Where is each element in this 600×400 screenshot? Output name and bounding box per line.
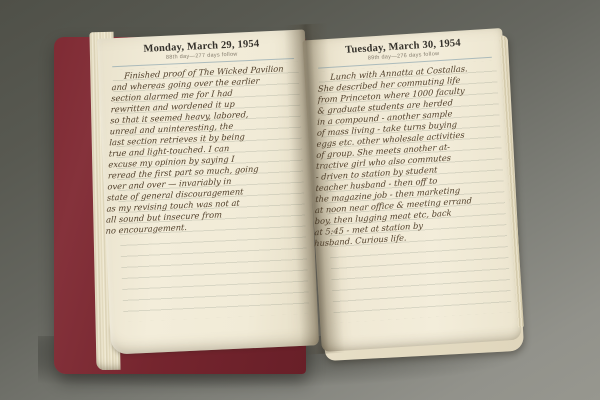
right-page-ruled-area: Lunch with Annatta at Costallas. She des…: [318, 60, 511, 323]
left-page-ruled-area: Finished proof of The Wicked Pavilion an…: [112, 62, 309, 322]
left-page: Monday, March 29, 1954 88th day—277 days…: [97, 29, 319, 354]
diary-photo: Monday, March 29, 1954 88th day—277 days…: [0, 0, 600, 400]
right-page-handwriting: Lunch with Annatta at Costallas. She des…: [314, 60, 496, 249]
right-page: Tuesday, March 30, 1954 89th day—276 day…: [302, 28, 521, 352]
left-page-handwriting: Finished proof of The Wicked Pavilion an…: [105, 62, 298, 237]
